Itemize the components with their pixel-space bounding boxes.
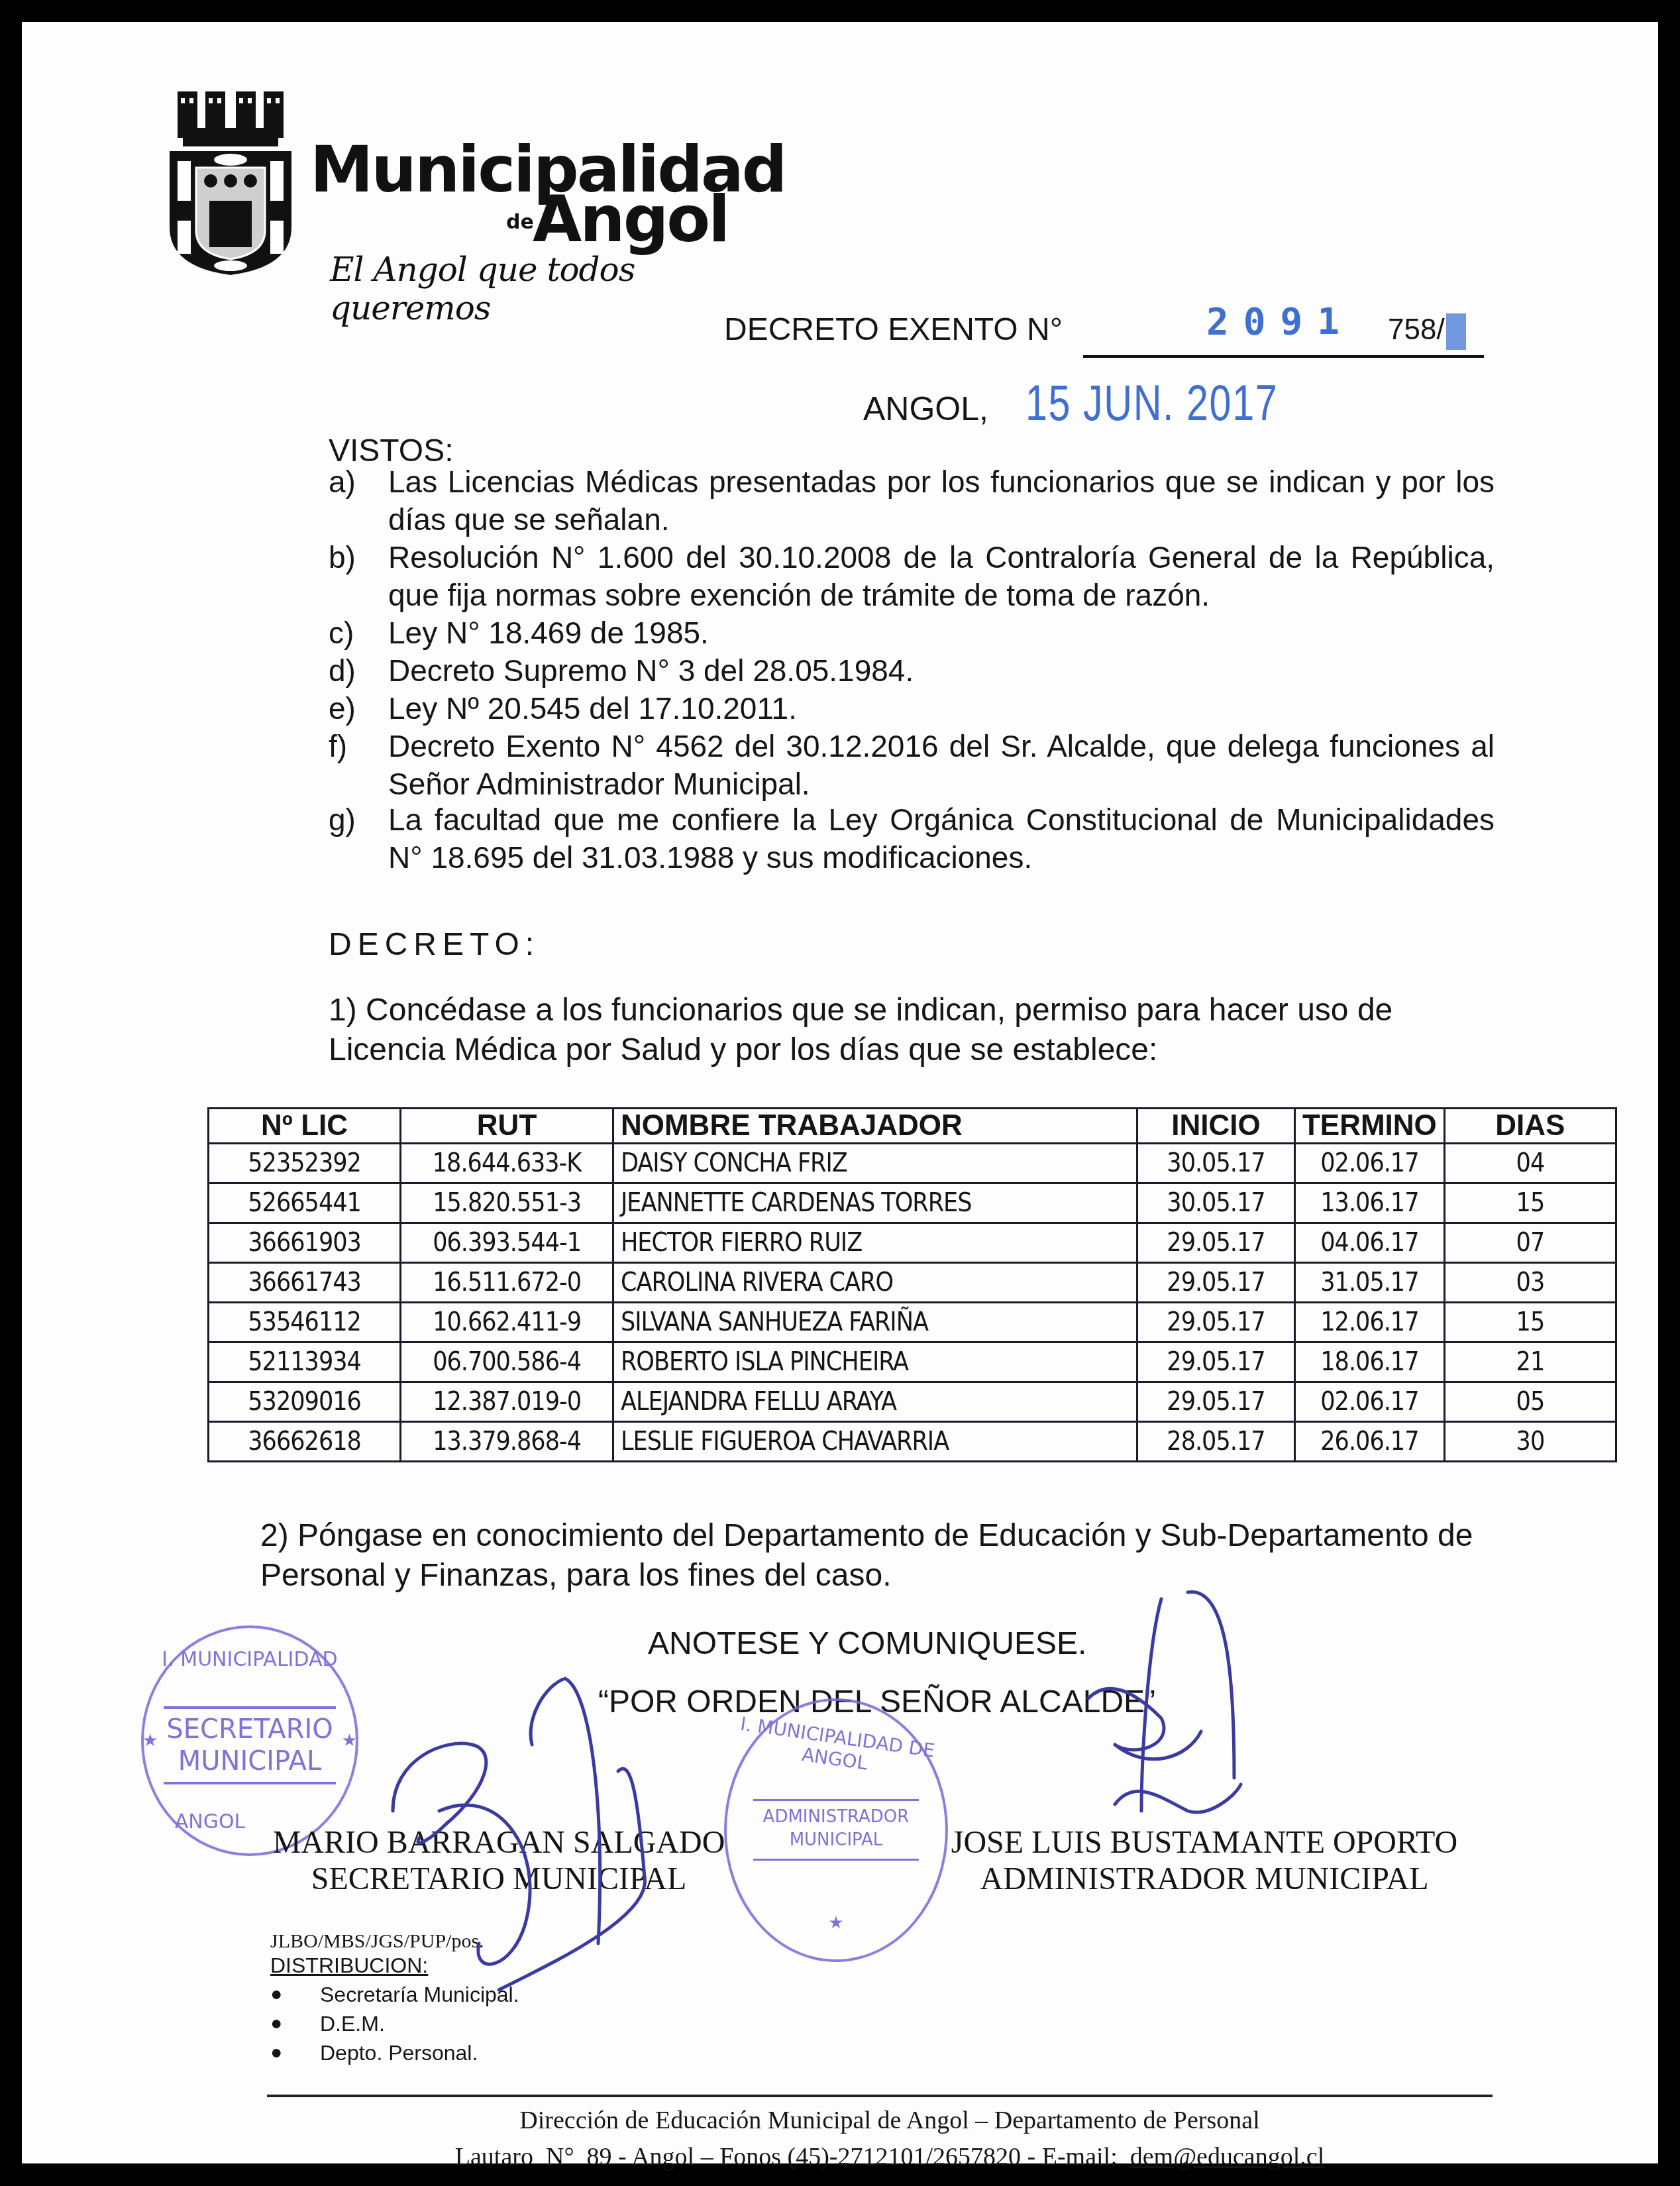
cell-days: 15: [1444, 1183, 1616, 1223]
vistos-item-text: Ley N° 18.469 de 1985.: [388, 614, 1495, 652]
cell-lic-number: 36661903: [209, 1223, 401, 1263]
vistos-item: c) Ley N° 18.469 de 1985.: [329, 614, 1495, 652]
brand-de: de: [506, 211, 534, 234]
star-icon: ★: [727, 1913, 945, 1933]
cell-days: 21: [1444, 1342, 1616, 1382]
cell-days: 30: [1444, 1422, 1616, 1462]
cell-lic-number: 52113934: [209, 1342, 401, 1382]
seal-title-2: MUNICIPAL: [144, 1746, 356, 1776]
distribution-item: ●D.E.M.: [270, 2009, 519, 2038]
seal-top-text: I. MUNICIPALIDAD: [144, 1648, 356, 1671]
cell-lic-number: 53209016: [209, 1382, 401, 1422]
distribution-list: ●Secretaría Municipal. ●D.E.M. ●Depto. P…: [270, 1980, 519, 2067]
vistos-item-label: d): [329, 652, 388, 690]
vistos-item-text: Ley Nº 20.545 del 17.10.2011.: [388, 690, 1495, 728]
cell-lic-number: 52665441: [209, 1183, 401, 1223]
bullet-icon: ●: [270, 2038, 320, 2067]
cell-worker-name: DAISY CONCHA FRIZ: [613, 1144, 1137, 1183]
cell-days: 03: [1444, 1263, 1616, 1303]
cell-rut: 18.644.633-K: [401, 1144, 613, 1183]
vistos-item: b) Resolución N° 1.600 del 30.10.2008 de…: [329, 539, 1495, 614]
vistos-item: a) Las Licencias Médicas presentadas por…: [329, 463, 1495, 539]
decreto-point-1: 1) Concédase a los funcionarios que se i…: [329, 991, 1495, 1070]
cell-worker-name: HECTOR FIERRO RUIZ: [613, 1223, 1137, 1263]
col-header-name: NOMBRE TRABAJADOR: [613, 1109, 1137, 1144]
vistos-item-label: e): [329, 690, 388, 728]
footer-department: Dirección de Educación Municipal de Ango…: [260, 2106, 1519, 2135]
table-row: 5320901612.387.019-0ALEJANDRA FELLU ARAY…: [209, 1382, 1616, 1422]
cell-end-date: 12.06.17: [1294, 1303, 1444, 1342]
cell-end-date: 02.06.17: [1294, 1144, 1444, 1183]
col-header-end: TERMINO: [1294, 1109, 1444, 1144]
cell-lic-number: 52352392: [209, 1144, 401, 1183]
cell-days: 15: [1444, 1303, 1616, 1342]
col-header-rut: RUT: [401, 1109, 613, 1144]
vistos-item-text: Decreto Exento N° 4562 del 30.12.2016 de…: [388, 728, 1495, 803]
vistos-item: f) Decreto Exento N° 4562 del 30.12.2016…: [329, 728, 1495, 803]
brand-angol: Angol: [533, 188, 728, 251]
cell-start-date: 29.05.17: [1137, 1263, 1294, 1303]
medical-leave-table: Nº LIC RUT NOMBRE TRABAJADOR INICIO TERM…: [207, 1107, 1617, 1462]
drafting-initials: JLBO/MBS/JGS/PUP/pos.: [270, 1930, 484, 1953]
closing-anotese: ANOTESE Y COMUNIQUESE.: [648, 1625, 1086, 1662]
col-header-lic: Nº LIC: [209, 1109, 401, 1144]
stamp-ink-smudge: [1446, 313, 1466, 350]
cell-end-date: 02.06.17: [1294, 1382, 1444, 1422]
cell-rut: 06.700.586-4: [401, 1342, 613, 1382]
municipal-logo: Municipalidad de Angol El Angol que todo…: [164, 88, 668, 287]
cell-rut: 16.511.672-0: [401, 1263, 613, 1303]
cell-start-date: 29.05.17: [1137, 1342, 1294, 1382]
cell-end-date: 31.05.17: [1294, 1263, 1444, 1303]
signer-right-name: JOSE LUIS BUSTAMANTE OPORTO: [913, 1824, 1496, 1861]
vistos-item-text: La facultad que me confiere la Ley Orgán…: [388, 801, 1495, 877]
cell-worker-name: ROBERTO ISLA PINCHEIRA: [613, 1342, 1137, 1382]
table-header-row: Nº LIC RUT NOMBRE TRABAJADOR INICIO TERM…: [209, 1109, 1616, 1144]
cell-lic-number: 36661743: [209, 1263, 401, 1303]
cell-rut: 10.662.411-9: [401, 1303, 613, 1342]
cell-lic-number: 53546112: [209, 1303, 401, 1342]
decreto-heading: DECRETO:: [329, 926, 540, 963]
cell-start-date: 30.05.17: [1137, 1183, 1294, 1223]
cell-start-date: 30.05.17: [1137, 1144, 1294, 1183]
bullet-icon: ●: [270, 2009, 320, 2038]
seal-arc-text: I. MUNICIPALIDAD DE ANGOL: [725, 1711, 947, 1784]
date-stamp: 15 JUN. 2017: [1025, 374, 1278, 432]
cell-worker-name: CAROLINA RIVERA CARO: [613, 1263, 1137, 1303]
cell-start-date: 29.05.17: [1137, 1382, 1294, 1422]
cell-rut: 06.393.544-1: [401, 1223, 613, 1263]
vistos-item: d) Decreto Supremo N° 3 del 28.05.1984.: [329, 652, 1495, 690]
cell-days: 07: [1444, 1223, 1616, 1263]
document-page: Municipalidad de Angol El Angol que todo…: [22, 22, 1658, 2163]
decree-number-stamp: 2091: [1206, 300, 1354, 343]
vistos-item: g) La facultad que me confiere la Ley Or…: [329, 801, 1495, 877]
vistos-item-label: f): [329, 728, 388, 803]
table-row: 5235239218.644.633-KDAISY CONCHA FRIZ30.…: [209, 1144, 1616, 1183]
col-header-days: DIAS: [1444, 1109, 1616, 1144]
star-icon: ★: [142, 1731, 158, 1751]
cell-worker-name: SILVANA SANHUEZA FARIÑA: [613, 1303, 1137, 1342]
cell-start-date: 29.05.17: [1137, 1303, 1294, 1342]
footer-email-link[interactable]: dem@educangol.cl: [1130, 2143, 1325, 2171]
table-row: 3666174316.511.672-0CAROLINA RIVERA CARO…: [209, 1263, 1616, 1303]
cell-end-date: 26.06.17: [1294, 1422, 1444, 1462]
cell-days: 04: [1444, 1144, 1616, 1183]
cell-rut: 12.387.019-0: [401, 1382, 613, 1422]
decreto-point-2: 2) Póngase en conocimiento del Departame…: [260, 1516, 1519, 1596]
cell-end-date: 04.06.17: [1294, 1223, 1444, 1263]
table-row: 5266544115.820.551-3JEANNETTE CARDENAS T…: [209, 1183, 1616, 1223]
vistos-item-label: a): [329, 463, 388, 539]
vistos-item-text: Decreto Supremo N° 3 del 28.05.1984.: [388, 652, 1495, 690]
footer-address: Lautaro N° 89 - Angol – Fonos (45)-27121…: [455, 2143, 1130, 2171]
cell-worker-name: LESLIE FIGUEROA CHAVARRIA: [613, 1422, 1137, 1462]
cell-end-date: 13.06.17: [1294, 1183, 1444, 1223]
distribution-item: ●Depto. Personal.: [270, 2038, 519, 2067]
city-label: ANGOL,: [863, 390, 988, 428]
col-header-start: INICIO: [1137, 1109, 1294, 1144]
decree-internal-ref: 758/: [1388, 313, 1445, 347]
cell-start-date: 29.05.17: [1137, 1223, 1294, 1263]
brand-slogan: El Angol que todos queremos: [330, 250, 668, 327]
vistos-item-text: Resolución N° 1.600 del 30.10.2008 de la…: [388, 539, 1495, 614]
cell-days: 05: [1444, 1382, 1616, 1422]
vistos-item-label: c): [329, 614, 388, 652]
star-icon: ★: [342, 1731, 357, 1751]
vistos-item-label: b): [329, 539, 388, 614]
seal-title-1: SECRETARIO: [144, 1714, 356, 1745]
decree-number-line: [1083, 355, 1484, 358]
footer-contact: Lautaro N° 89 - Angol – Fonos (45)-27121…: [260, 2142, 1519, 2171]
distribution-heading: DISTRIBUCION:: [270, 1953, 428, 1978]
table-row: 5354611210.662.411-9SILVANA SANHUEZA FAR…: [209, 1303, 1616, 1342]
bullet-icon: ●: [270, 1980, 320, 2009]
vistos-item-label: g): [329, 801, 388, 877]
cell-end-date: 18.06.17: [1294, 1342, 1444, 1382]
signer-left-title: SECRETARIO MUNICIPAL: [247, 1861, 751, 1897]
table-row: 5211393406.700.586-4ROBERTO ISLA PINCHEI…: [209, 1342, 1616, 1382]
vistos-item-text: Las Licencias Médicas presentadas por lo…: [388, 463, 1495, 539]
cell-rut: 15.820.551-3: [401, 1183, 613, 1223]
table-row: 3666261813.379.868-4LESLIE FIGUEROA CHAV…: [209, 1422, 1616, 1462]
cell-lic-number: 36662618: [209, 1422, 401, 1462]
vistos-item: e) Ley Nº 20.545 del 17.10.2011.: [329, 690, 1495, 728]
distribution-item: ●Secretaría Municipal.: [270, 1980, 519, 2009]
signer-right-title: ADMINISTRADOR MUNICIPAL: [913, 1861, 1496, 1897]
decree-number-label: DECRETO EXENTO N°: [724, 311, 1063, 348]
cell-worker-name: ALEJANDRA FELLU ARAYA: [613, 1382, 1137, 1422]
secretario-municipal-seal: I. MUNICIPALIDAD SECRETARIO MUNICIPAL ★ …: [141, 1625, 358, 1856]
cell-worker-name: JEANNETTE CARDENAS TORRES: [613, 1183, 1137, 1223]
cell-start-date: 28.05.17: [1137, 1422, 1294, 1462]
cell-rut: 13.379.868-4: [401, 1422, 613, 1462]
signer-left-name: MARIO BARRAGAN SALGADO: [247, 1824, 751, 1861]
table-row: 3666190306.393.544-1HECTOR FIERRO RUIZ29…: [209, 1223, 1616, 1263]
coat-of-arms-icon: [164, 88, 297, 277]
footer-divider: [267, 2095, 1493, 2097]
